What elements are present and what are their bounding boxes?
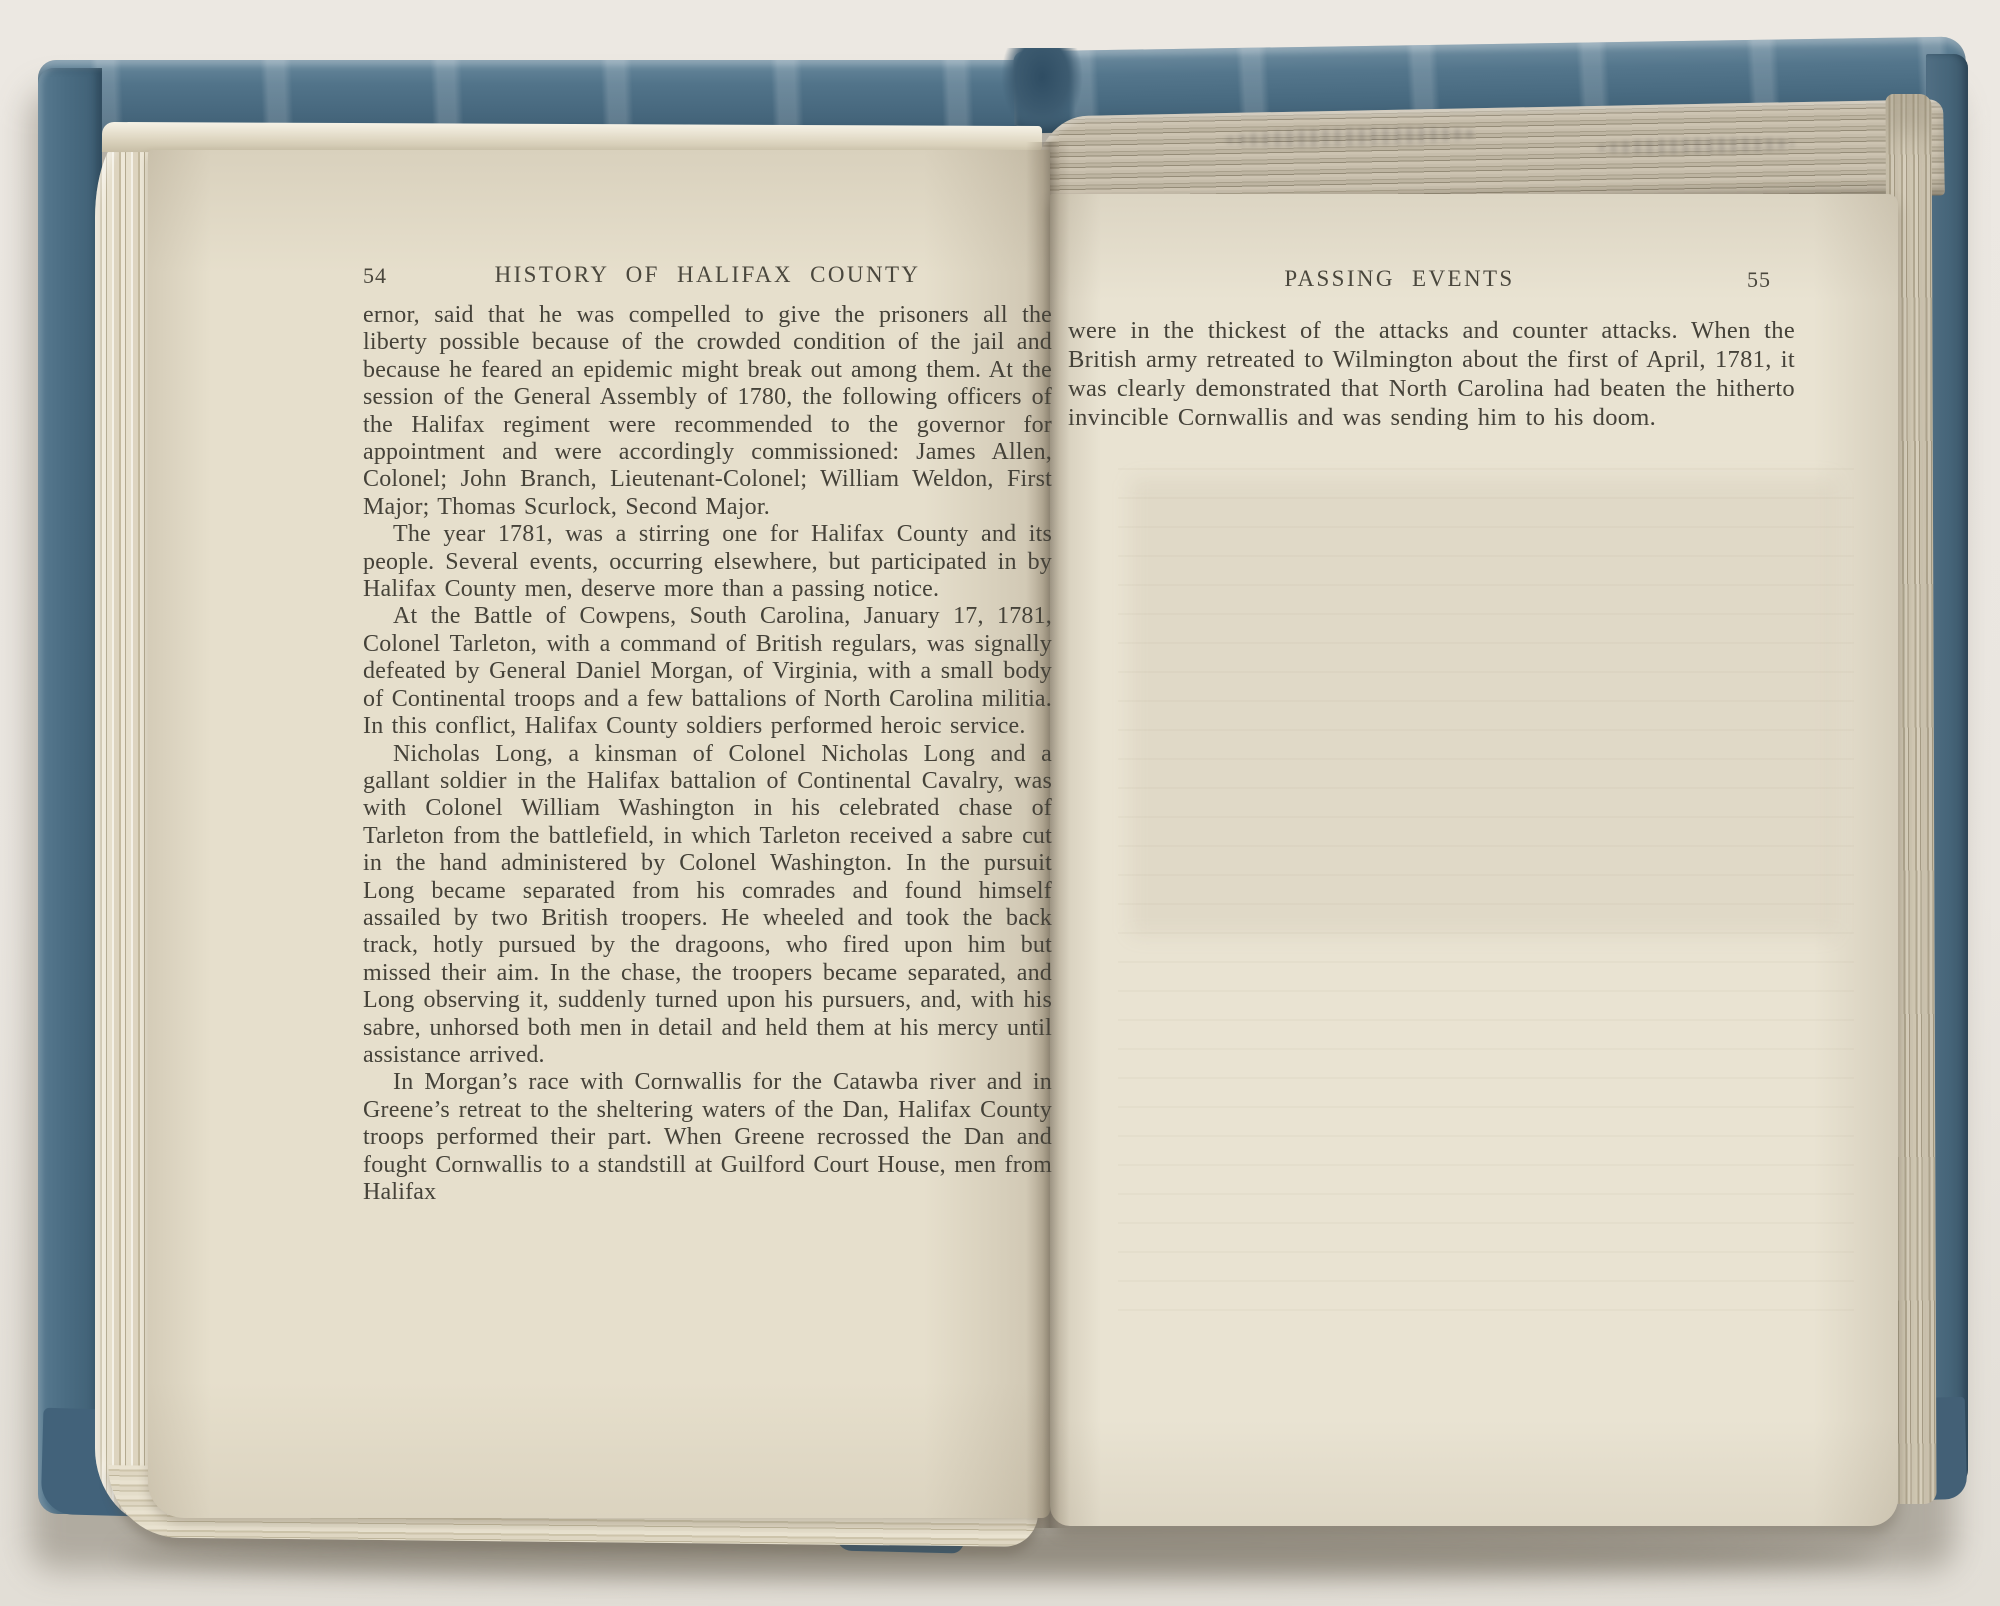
right-running-head: PASSING EVENTS [1068, 266, 1795, 292]
right-page-number: 55 [1747, 267, 1771, 293]
paragraph: At the Battle of Cowpens, South Carolina… [363, 603, 1052, 740]
book-scan-photo: 54 HISTORY OF HALIFAX COUNTY ernor, said… [0, 0, 2000, 1606]
left-running-head: HISTORY OF HALIFAX COUNTY [363, 262, 1052, 288]
paragraph: The year 1781, was a stirring one for Ha… [363, 521, 1052, 603]
right-page-body: were in the thickest of the attacks and … [1068, 316, 1795, 432]
paragraph: ernor, said that he was compelled to giv… [363, 302, 1052, 521]
cover-left-edge [38, 68, 102, 1514]
paragraph: were in the thickest of the attacks and … [1068, 316, 1795, 432]
paragraph: In Morgan’s race with Cornwallis for the… [363, 1069, 1052, 1206]
left-page-header: 54 HISTORY OF HALIFAX COUNTY [363, 262, 1052, 294]
left-page-body: ernor, said that he was compelled to giv… [363, 302, 1052, 1358]
right-page-header: PASSING EVENTS 55 [1068, 266, 1795, 298]
paragraph: Nicholas Long, a kinsman of Colonel Nich… [363, 741, 1052, 1070]
bleed-through-text [1118, 468, 1854, 1314]
